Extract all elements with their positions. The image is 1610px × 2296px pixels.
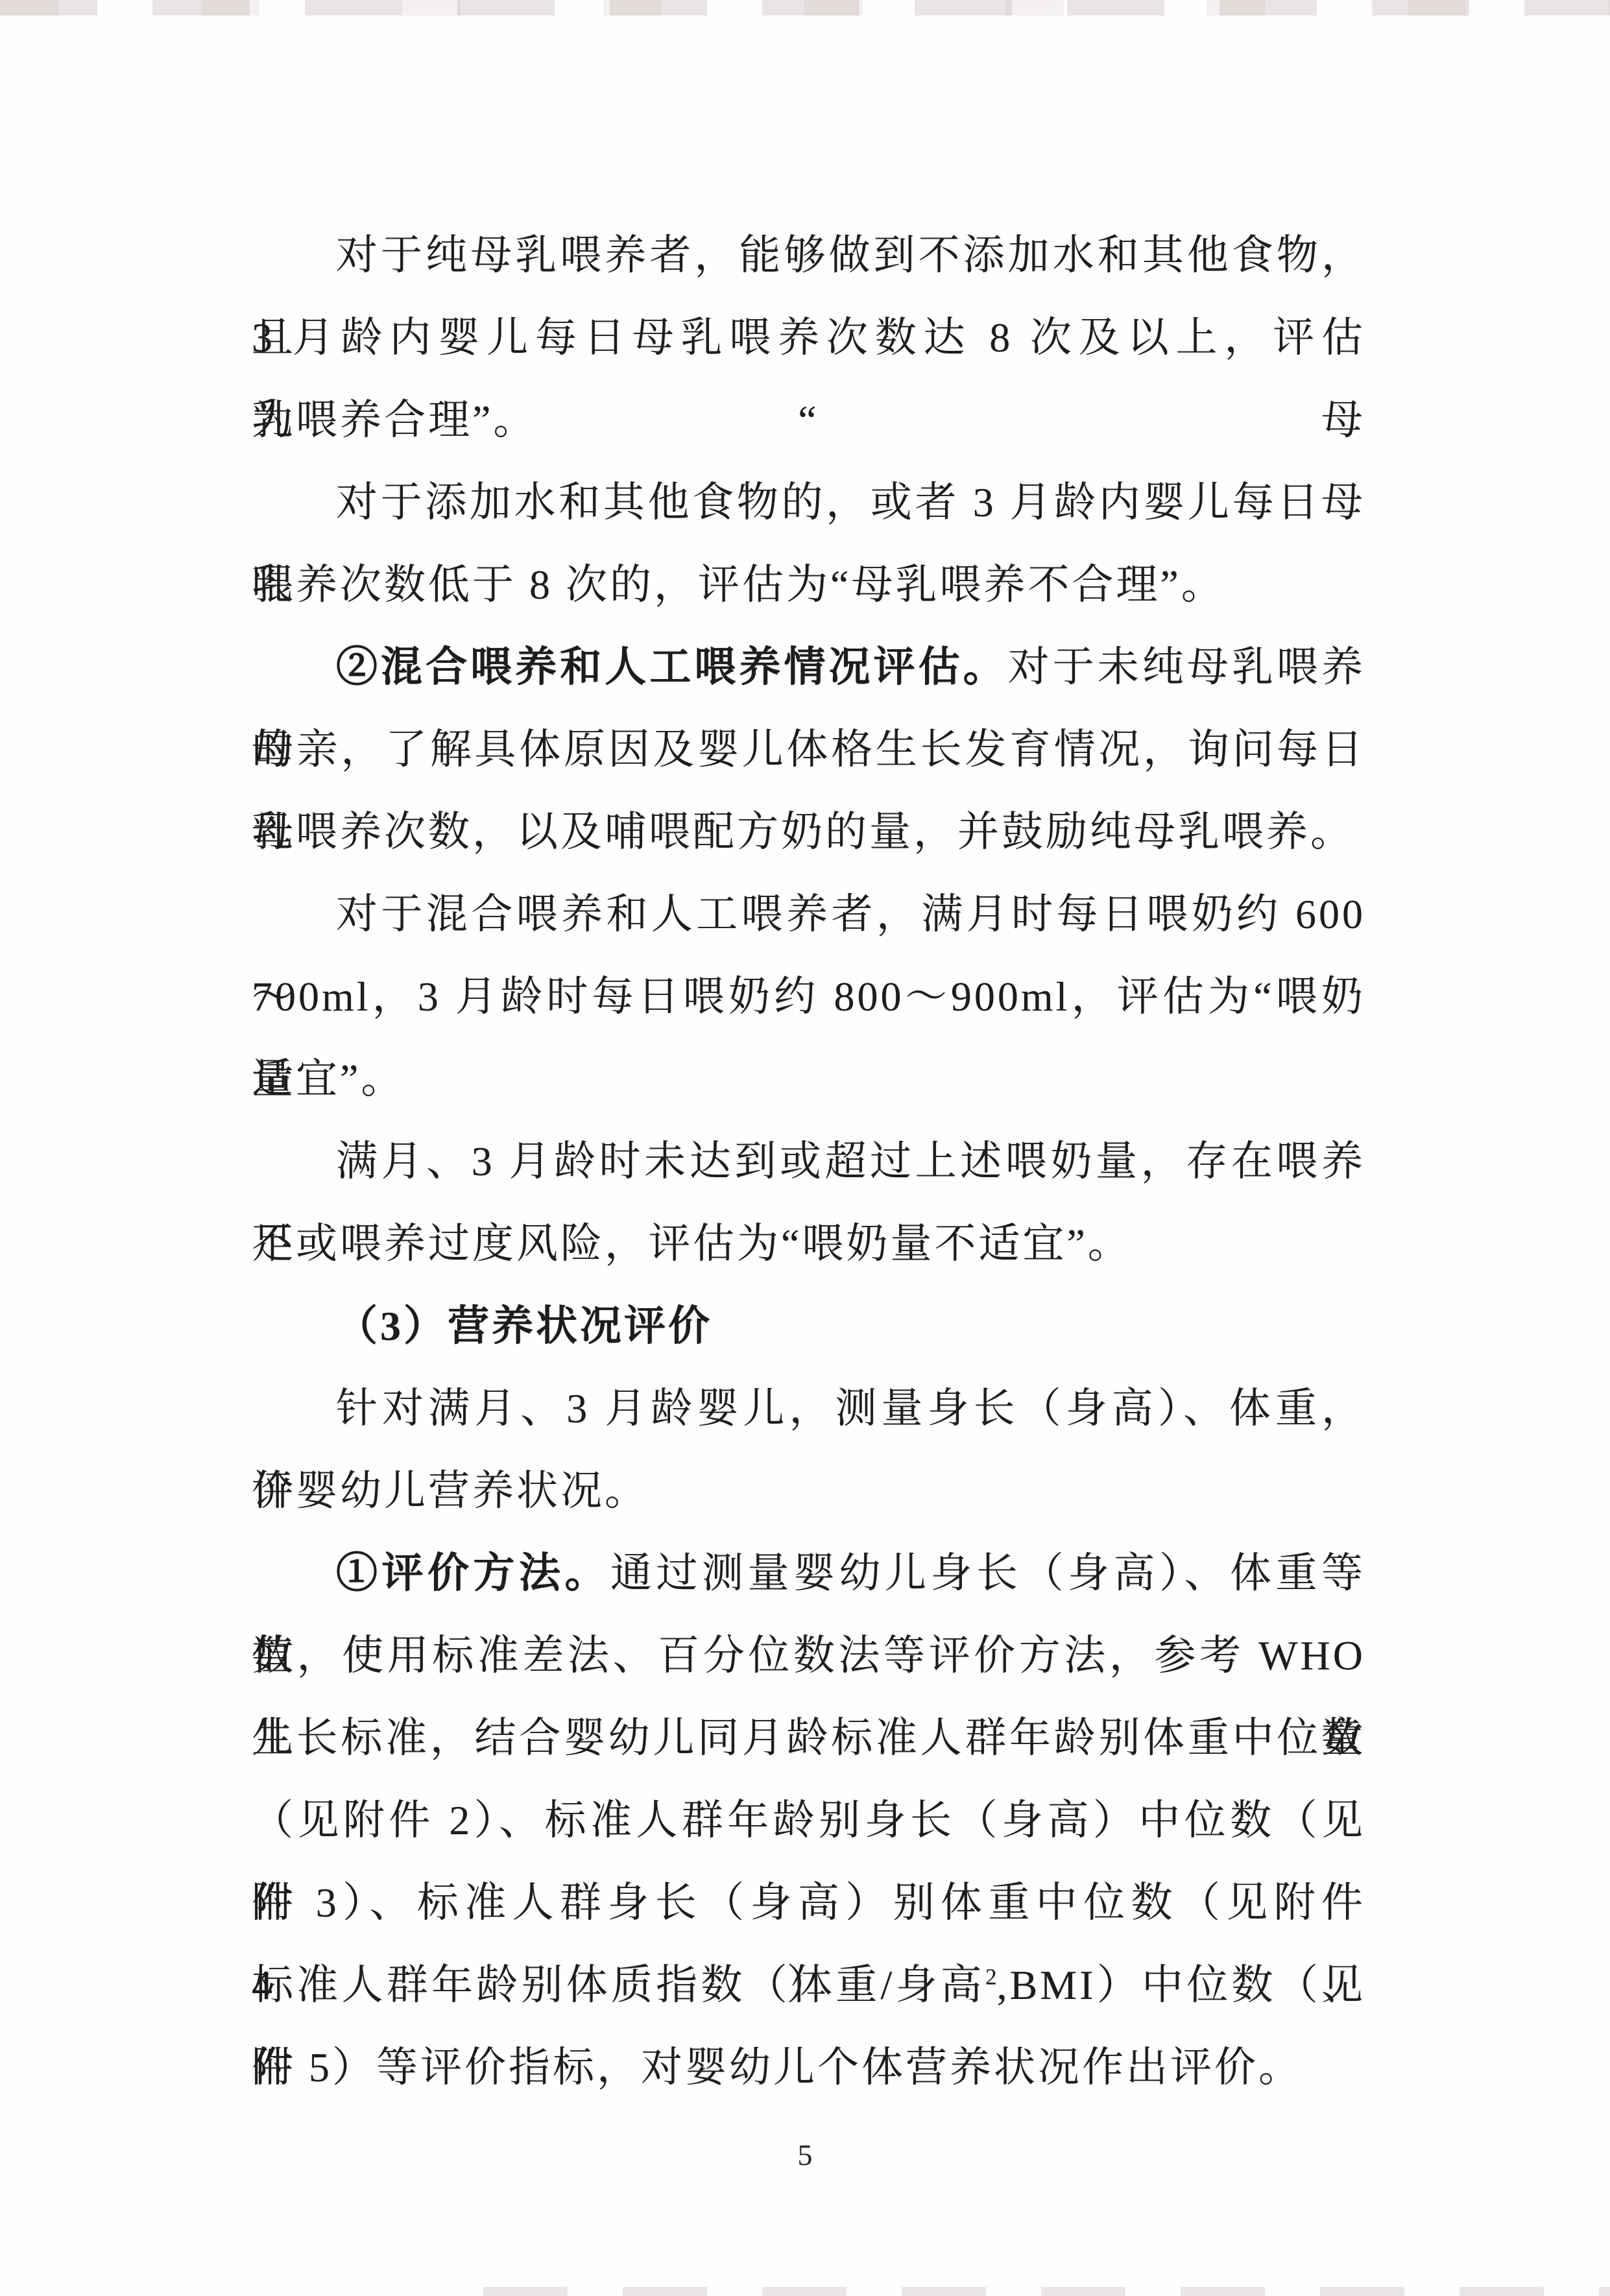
scan-artifact-top-edge xyxy=(0,0,1610,16)
text-line: 喂养次数低于 8 次的，评估为“母乳喂养不合理”。 xyxy=(252,544,1365,626)
text-line: （见附件 2）、标准人群年龄别身长（身高）中位数（见附 xyxy=(252,1779,1365,1861)
text-line: 对于混合喂养和人工喂养者，满月时每日喂奶约 600～ xyxy=(252,873,1365,955)
text-segment: 生长标准，结合婴幼儿同月龄标准人群年龄别体重中位数 xyxy=(252,1715,1365,1761)
document-body: 对于纯母乳喂养者，能够做到不添加水和其他食物，且3 月龄内婴儿每日母乳喂养次数达… xyxy=(252,214,1365,2109)
page-number: 5 xyxy=(0,2138,1610,2172)
text-line: 标准人群年龄别体质指数（体重/身高2,BMI）中位数（见附 xyxy=(252,1944,1365,2026)
text-line: 对于纯母乳喂养者，能够做到不添加水和其他食物，且 xyxy=(252,214,1365,296)
text-line: ①评价方法。通过测量婴幼儿身长（身高）、体重等数 xyxy=(252,1532,1365,1614)
text-segment: 价婴幼儿营养状况。 xyxy=(252,1468,649,1514)
text-line: ②混合喂养和人工喂养情况评估。对于未纯母乳喂养的 xyxy=(252,626,1365,708)
text-segment-superscript: 2 xyxy=(985,1965,997,1990)
text-segment: 喂养次数低于 8 次的，评估为“母乳喂养不合理”。 xyxy=(252,562,1225,608)
text-line: （3）营养状况评价 xyxy=(252,1285,1365,1367)
text-line: 足或喂养过度风险，评估为“喂奶量不适宜”。 xyxy=(252,1202,1365,1285)
text-segment: 乳喂养次数，以及哺喂配方奶的量，并鼓励纯母乳喂养。 xyxy=(252,809,1354,855)
text-line: 生长标准，结合婴幼儿同月龄标准人群年龄别体重中位数 xyxy=(252,1697,1365,1779)
text-segment: 乳喂养合理”。 xyxy=(252,397,537,443)
text-line: 对于添加水和其他食物的，或者 3 月龄内婴儿每日母乳 xyxy=(252,461,1365,544)
scan-artifact-bottom-edge xyxy=(483,2287,1610,2296)
text-line: 适宜”。 xyxy=(252,1038,1365,1120)
text-line: 满月、3 月龄时未达到或超过上述喂奶量，存在喂养不 xyxy=(252,1120,1365,1202)
text-segment: 件 5）等评价指标，对婴幼儿个体营养状况作出评价。 xyxy=(252,2044,1303,2090)
text-segment-bold: （3）营养状况评价 xyxy=(336,1303,712,1349)
text-segment-bold: ②混合喂养和人工喂养情况评估。 xyxy=(336,644,1008,690)
text-line: 700ml，3 月龄时每日喂奶约 800～900ml，评估为“喂奶量 xyxy=(252,955,1365,1038)
document-page: 对于纯母乳喂养者，能够做到不添加水和其他食物，且3 月龄内婴儿每日母乳喂养次数达… xyxy=(0,0,1610,2296)
text-segment: 足或喂养过度风险，评估为“喂奶量不适宜”。 xyxy=(252,1221,1132,1267)
text-line: 母亲，了解具体原因及婴儿体格生长发育情况，询问每日母 xyxy=(252,708,1365,791)
text-line: 针对满月、3 月龄婴儿，测量身长（身高）、体重，评 xyxy=(252,1367,1365,1450)
text-line: 件 3）、标准人群身长（身高）别体重中位数（见附件 4）、 xyxy=(252,1861,1365,1944)
text-line: 乳喂养次数，以及哺喂配方奶的量，并鼓励纯母乳喂养。 xyxy=(252,791,1365,873)
text-segment-bold: ①评价方法。 xyxy=(336,1550,610,1596)
text-segment: 标准人群年龄别体质指数（体重/身高 xyxy=(252,1962,985,2008)
text-segment: 适宜”。 xyxy=(252,1056,405,1102)
text-line: 件 5）等评价指标，对婴幼儿个体营养状况作出评价。 xyxy=(252,2026,1365,2109)
text-line: 3 月龄内婴儿每日母乳喂养次数达 8 次及以上，评估为“母 xyxy=(252,296,1365,379)
text-line: 价婴幼儿营养状况。 xyxy=(252,1450,1365,1532)
text-line: 值，使用标准差法、百分位数法等评价方法，参考 WHO 儿童 xyxy=(252,1614,1365,1697)
